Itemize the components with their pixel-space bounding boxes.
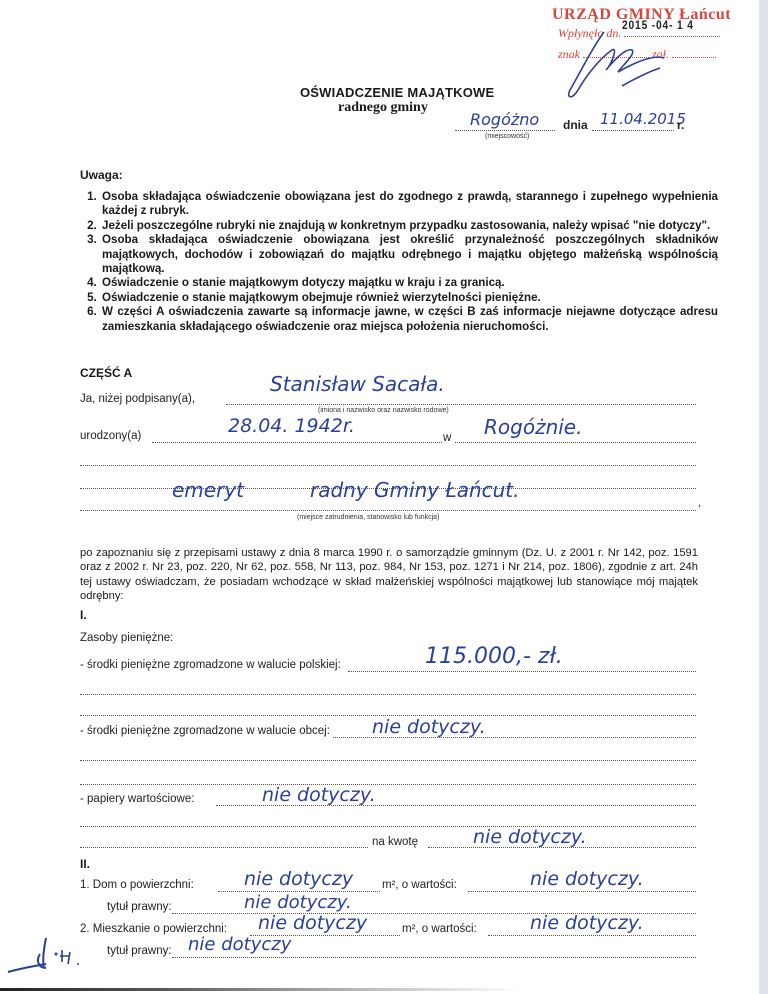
- blank-line[interactable]: [80, 760, 696, 761]
- foreign-value: nie dotyczy.: [372, 716, 486, 738]
- date-label: dnia: [563, 118, 588, 132]
- born-in-value: Rogóżnie.: [484, 415, 582, 439]
- house-label: 1. Dom o powierzchni:: [80, 879, 194, 891]
- place-value: Rogóżno: [470, 110, 539, 129]
- house-unit: m², o wartości:: [382, 879, 457, 891]
- house-title-label: tytuł prawny:: [107, 901, 172, 913]
- employment-value-2: radny Gminy Łańcut.: [310, 478, 520, 502]
- date-value: 11.04.2015: [600, 110, 686, 128]
- born-in-field[interactable]: [455, 442, 696, 443]
- employment-caption: (miejsce zatrudnienia, stanowisko lub fu…: [297, 514, 439, 521]
- flat-area-value: nie dotyczy: [258, 912, 367, 934]
- signed-field[interactable]: [226, 404, 696, 405]
- house-area-value: nie dotyczy: [244, 868, 353, 890]
- comma: ,: [698, 497, 701, 509]
- employment-value-1: emeryt: [172, 478, 244, 502]
- part-a-heading: CZĘŚĆ A: [80, 366, 132, 380]
- house-value-value: nie dotyczy.: [530, 868, 644, 890]
- signed-value: Stanisław Sacała.: [270, 372, 445, 396]
- note-item: Osoba składająca oświadczenie obowiązana…: [100, 233, 718, 276]
- flat-value-value: nie dotyczy.: [530, 912, 644, 934]
- house-value-field[interactable]: [468, 891, 696, 892]
- signed-label: Ja, niżej podpisany(a),: [80, 393, 195, 405]
- section-2-numeral: II.: [80, 857, 90, 871]
- scan-edge: [759, 0, 768, 994]
- note-item: W części A oświadczenia zawarte są infor…: [100, 305, 718, 334]
- notes-heading: Uwaga:: [80, 168, 123, 182]
- section-1-heading: Zasoby pieniężne:: [80, 632, 173, 644]
- note-item: Osoba składająca oświadczenie obowiązana…: [100, 190, 718, 219]
- pln-value: 115.000,- zł.: [425, 644, 563, 669]
- notes-list: Osoba składająca oświadczenie obowiązana…: [80, 190, 718, 334]
- note-item: Oświadczenie o stanie majątkowym obejmuj…: [100, 291, 718, 305]
- page-bottom-line: [0, 988, 520, 991]
- born-label: urodzony(a): [80, 430, 141, 442]
- securities-label: - papiery wartościowe:: [80, 793, 194, 805]
- date-suffix: r.: [677, 118, 684, 132]
- pln-label: - środki pieniężne zgromadzone w walucie…: [80, 659, 341, 671]
- blank-line[interactable]: [80, 694, 696, 695]
- flat-title-value: nie dotyczy: [188, 934, 291, 955]
- blank-line[interactable]: [80, 784, 696, 785]
- official-signature-icon: [552, 28, 672, 100]
- date-field: [592, 130, 674, 131]
- place-caption: (miejscowość): [485, 133, 529, 140]
- initials-signature-icon: [4, 934, 84, 978]
- born-field[interactable]: [152, 442, 442, 443]
- flat-unit: m², o wartości:: [402, 923, 477, 935]
- employment-field[interactable]: [80, 510, 696, 511]
- born-in-label: w: [443, 432, 451, 444]
- amount-label: na kwotę: [372, 836, 418, 848]
- blank-line[interactable]: [80, 465, 696, 466]
- foreign-label: - środki pieniężne zgromadzone w walucie…: [80, 725, 330, 737]
- document-title: OŚWIADCZENIE MAJĄTKOWE: [300, 85, 494, 100]
- note-item: Jeżeli poszczególne rubryki nie znajdują…: [100, 219, 718, 233]
- amount-value: nie dotyczy.: [473, 826, 587, 848]
- signed-caption: (imiona i nazwisko oraz nazwisko rodowe): [318, 407, 449, 414]
- place-field: [455, 130, 555, 131]
- pln-field[interactable]: [348, 671, 696, 672]
- stamp-attach-dots: [672, 57, 716, 58]
- flat-title-field[interactable]: [172, 957, 696, 958]
- flat-value-field[interactable]: [488, 935, 696, 936]
- flat-title-label: tytuł prawny:: [107, 945, 172, 957]
- blank-line[interactable]: [80, 847, 368, 848]
- born-value: 28.04. 1942r.: [228, 415, 355, 437]
- house-title-value: nie dotyczy.: [244, 892, 352, 913]
- blank-line[interactable]: [80, 826, 696, 827]
- document-subtitle: radnego gminy: [338, 100, 428, 116]
- section-1-numeral: I.: [80, 608, 87, 622]
- securities-value: nie dotyczy.: [262, 784, 376, 806]
- intro-paragraph: po zapoznaniu się z przepisami ustawy z …: [80, 546, 698, 604]
- note-item: Oświadczenie o stanie majątkowym dotyczy…: [100, 276, 718, 290]
